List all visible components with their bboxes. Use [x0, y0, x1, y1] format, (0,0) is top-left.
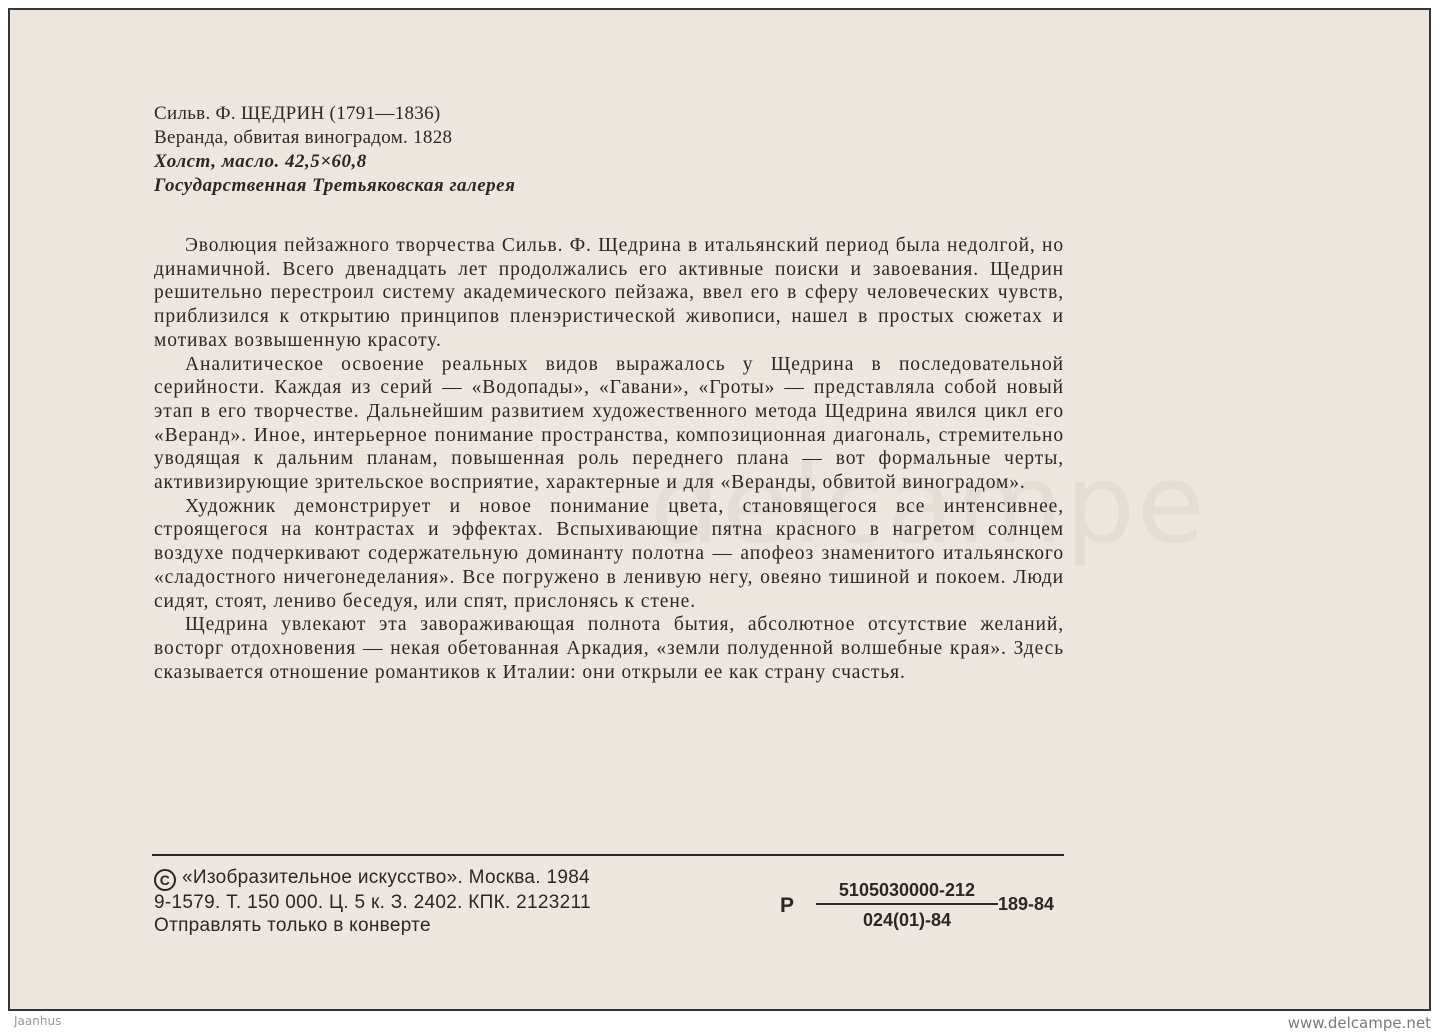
price-code-numerator: 5105030000-212 — [816, 878, 998, 902]
artwork-caption: Сильв. Ф. ЩЕДРИН (1791—1836) Веранда, об… — [154, 102, 515, 198]
description-paragraph: Эволюция пейзажного творчества Сильв. Ф.… — [154, 234, 1064, 353]
mailing-note: Отправлять только в конверте — [154, 914, 591, 937]
print-data: 9-1579. Т. 150 000. Ц. 5 к. З. 2402. КПК… — [154, 891, 591, 914]
price-code-denominator: 024(01)-84 — [816, 908, 998, 932]
description: Эволюция пейзажного творчества Сильв. Ф.… — [154, 234, 1064, 684]
price-code-fraction: 5105030000-212 024(01)-84 — [816, 878, 998, 932]
artwork-title: Веранда, обвитая виноградом. 1828 — [154, 126, 515, 150]
artist-name: Сильв. Ф. ЩЕДРИН (1791—1836) — [154, 102, 515, 126]
watermark-left: Jaanhus — [14, 1014, 61, 1028]
publisher: «Изобразительное искусство». Москва. 198… — [182, 867, 590, 888]
description-paragraph: Щедрина увлекают эта завораживающая полн… — [154, 613, 1064, 684]
imprint: C«Изобразительное искусство». Москва. 19… — [154, 866, 591, 937]
watermark-right: www.delcampe.net — [1288, 1014, 1431, 1032]
artwork-medium: Холст, масло. 42,5×60,8 — [154, 150, 515, 174]
separator-line — [152, 854, 1064, 856]
price-code-suffix: 189-84 — [998, 894, 1054, 915]
publisher-line: C«Изобразительное искусство». Москва. 19… — [154, 866, 591, 891]
artwork-collection: Государственная Третьяковская галерея — [154, 174, 515, 198]
description-paragraph: Аналитическое освоение реальных видов вы… — [154, 353, 1064, 495]
postcard-back: delcampe Сильв. Ф. ЩЕДРИН (1791—1836) Ве… — [8, 8, 1431, 1011]
price-code-letter: Р — [780, 894, 794, 918]
description-paragraph: Художник демонстрирует и новое понимание… — [154, 495, 1064, 614]
copyright-icon: C — [154, 869, 176, 891]
fraction-bar — [816, 903, 998, 905]
